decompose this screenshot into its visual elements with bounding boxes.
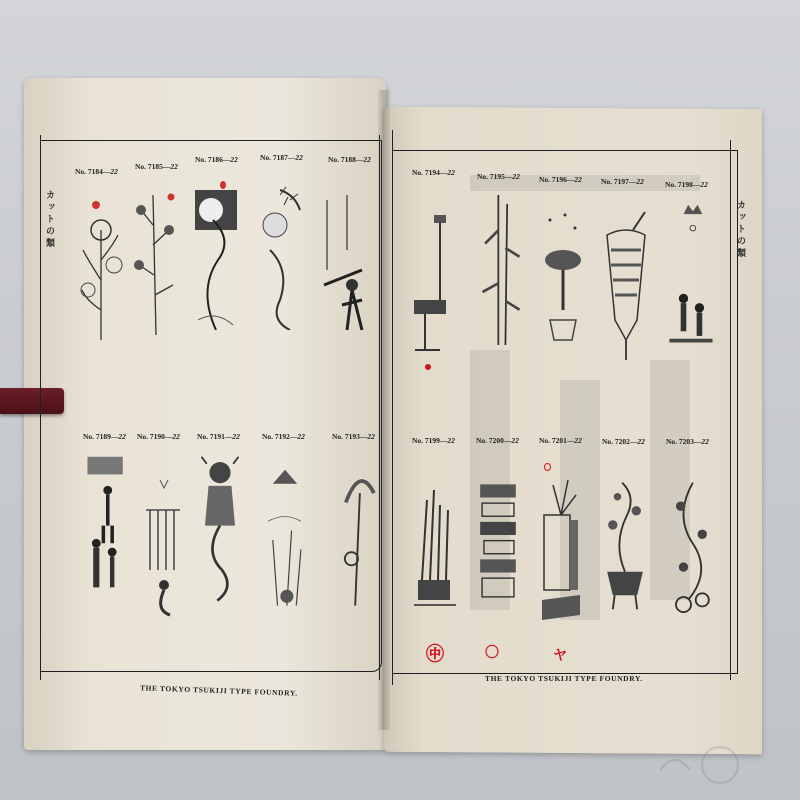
left-page-rule	[40, 135, 41, 680]
left-section-title: カットの類	[43, 190, 56, 250]
red-annotation-mark: ㊥	[426, 640, 444, 666]
item-label: No. 7188—22	[328, 155, 371, 164]
gate-and-figure-vignette-icon	[140, 470, 186, 620]
item-label: No. 7194—22	[412, 168, 455, 177]
figures-in-western-dress-vignette-icon	[83, 455, 129, 605]
bonsai-pot-vignette-icon	[602, 478, 648, 628]
right-page-rule	[730, 140, 731, 680]
samurai-with-telescope-vignette-icon	[322, 190, 368, 340]
item-label: No. 7192—22	[262, 432, 305, 441]
red-dot-mark	[425, 364, 431, 370]
book-and-plant-vignette-icon	[538, 480, 584, 630]
red-annotation-mark: ヤ	[553, 645, 567, 665]
demon-and-dragon-vignette-icon	[197, 455, 243, 605]
broom-and-gourd-vignette-icon	[335, 465, 381, 615]
item-label: No. 7184—22	[75, 167, 118, 176]
landscape-grass-vignette-icon	[262, 465, 308, 615]
item-label: No. 7196—22	[539, 175, 582, 184]
item-label: No. 7186—22	[195, 155, 238, 164]
moon-and-vines-vignette-icon	[193, 180, 239, 330]
wildflower-vignette-icon	[133, 185, 179, 335]
crown-and-figures-vignette-icon	[668, 200, 714, 350]
right-page-rule	[392, 130, 393, 685]
item-label: No. 7185—22	[135, 162, 178, 171]
tall-vase-vignette-icon	[603, 210, 649, 360]
item-label: No. 7198—22	[665, 180, 708, 189]
item-label: No. 7197—22	[601, 177, 644, 186]
right-page-footer: THE TOKYO TSUKIJI TYPE FOUNDRY.	[485, 674, 643, 683]
watermark-stamp-icon	[650, 740, 740, 790]
stacked-books-vignette-icon	[475, 475, 521, 625]
item-label: No. 7193—22	[332, 432, 375, 441]
red-annotation-mark: 〇	[485, 642, 499, 662]
chrysanthemum-vignette-icon	[78, 190, 124, 340]
item-label: No. 7201—22	[539, 436, 582, 445]
red-circle-mark	[544, 463, 551, 471]
item-label: No. 7199—22	[412, 436, 455, 445]
snowy-bamboo-vignette-icon	[478, 195, 524, 345]
item-label: No. 7189—22	[83, 432, 126, 441]
item-label: No. 7200—22	[476, 436, 519, 445]
item-label: No. 7202—22	[602, 437, 645, 446]
right-section-title: カットの類	[734, 200, 747, 260]
item-label: No. 7195—22	[477, 172, 520, 181]
brush-stand-vignette-icon	[412, 480, 458, 630]
item-label: No. 7187—22	[260, 153, 303, 162]
bonsai-pine-vignette-icon	[540, 210, 586, 360]
moon-and-pine-vignette-icon	[260, 180, 306, 330]
lamp-and-book-stand-vignette-icon	[410, 210, 456, 360]
item-label: No. 7191—22	[197, 432, 240, 441]
vine-ornament-vignette-icon	[668, 478, 714, 628]
item-label: No. 7203—22	[666, 437, 709, 446]
item-label: No. 7190—22	[137, 432, 180, 441]
